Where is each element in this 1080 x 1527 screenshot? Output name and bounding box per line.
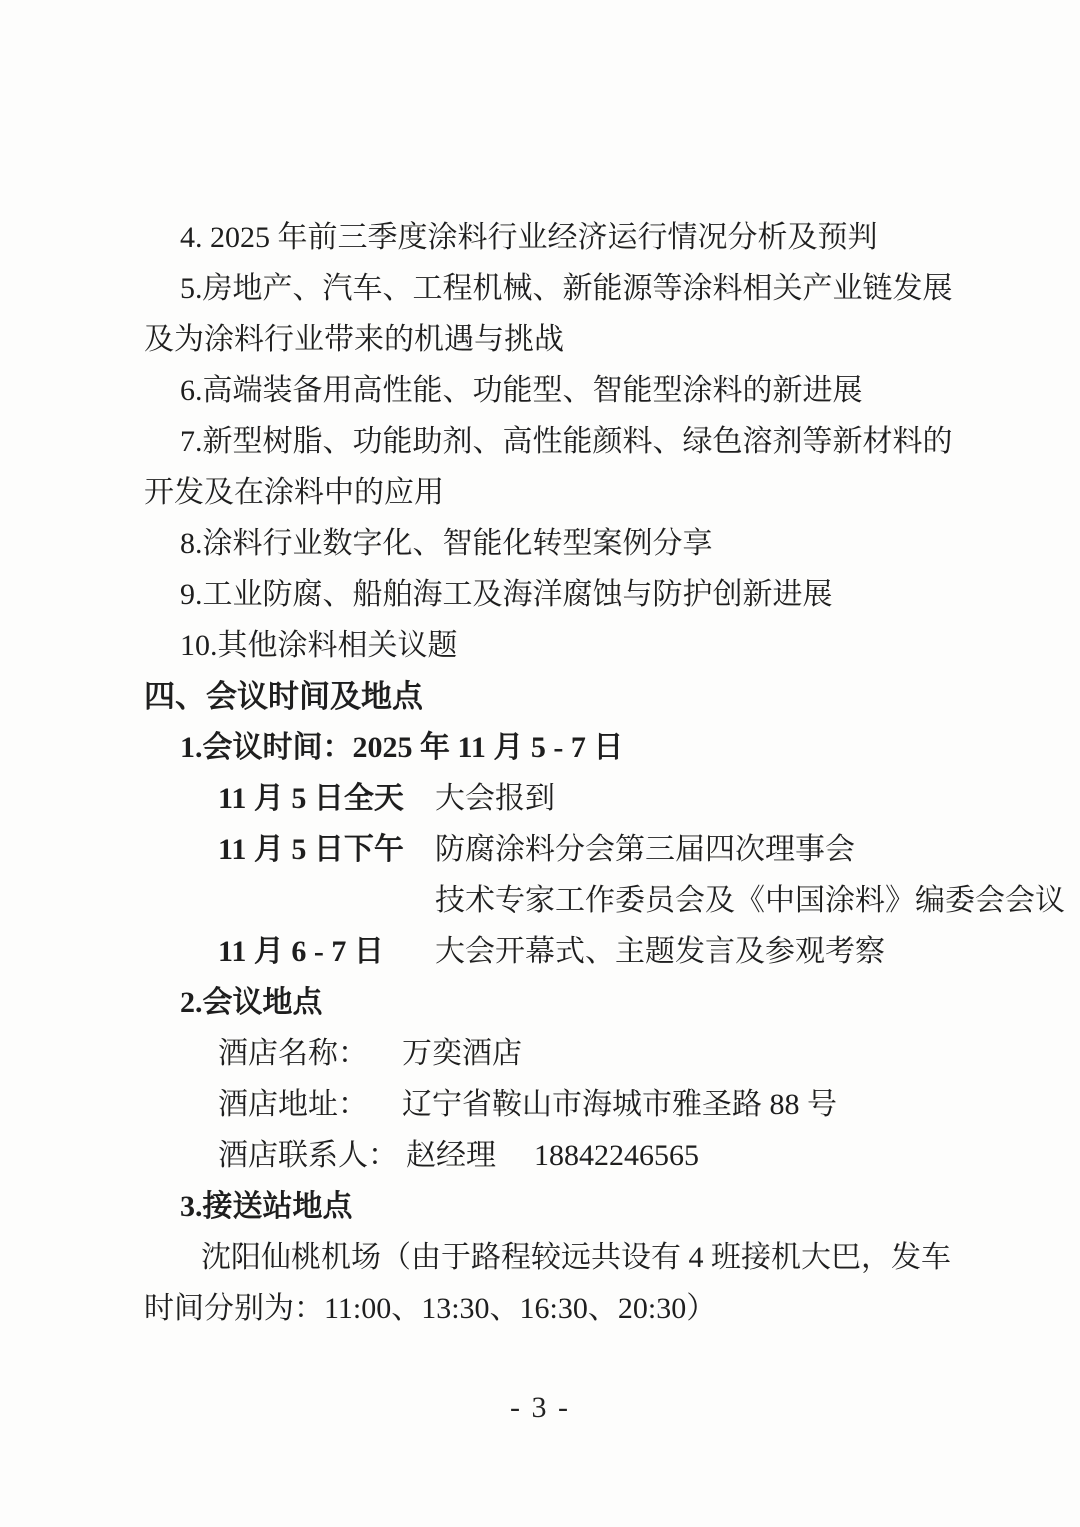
agenda-item-5-line2: 及为涂料行业带来的机遇与挑战 <box>144 314 1014 365</box>
hotel-name-value: 万奕酒店 <box>402 1037 522 1070</box>
schedule-row-opening-ceremony: 11 月 6 - 7 日 大会开幕式、主题发言及参观考察 <box>218 926 1014 977</box>
meeting-time-heading: 1.会议时间：2025 年 11 月 5 - 7 日 <box>144 722 1014 773</box>
hotel-contact-name: 赵经理 <box>406 1139 496 1172</box>
schedule-row-committee-meeting: 技术专家工作委员会及《中国涂料》编委会会议 <box>218 875 1014 926</box>
agenda-item-9: 9.工业防腐、船舶海工及海洋腐蚀与防护创新进展 <box>144 569 1014 620</box>
hotel-name-row: 酒店名称：万奕酒店 <box>218 1028 1014 1079</box>
schedule-desc: 技术专家工作委员会及《中国涂料》编委会会议 <box>435 875 1065 926</box>
schedule-time: 11 月 5 日下午 <box>218 824 435 875</box>
document-page: 4. 2025 年前三季度涂料行业经济运行情况分析及预判 5.房地产、汽车、工程… <box>0 0 1080 1527</box>
hotel-contact-row: 酒店联系人：赵经理18842246565 <box>218 1130 1014 1181</box>
agenda-item-5-line1: 5.房地产、汽车、工程机械、新能源等涂料相关产业链发展 <box>144 263 1014 314</box>
hotel-address-label: 酒店地址： <box>218 1088 368 1121</box>
agenda-item-8: 8.涂料行业数字化、智能化转型案例分享 <box>144 518 1014 569</box>
document-content: 4. 2025 年前三季度涂料行业经济运行情况分析及预判 5.房地产、汽车、工程… <box>144 212 1014 1334</box>
hotel-contact-label: 酒店联系人： <box>218 1139 398 1172</box>
hotel-contact-phone: 18842246565 <box>534 1139 699 1172</box>
hotel-address-value: 辽宁省鞍山市海城市雅圣路 88 号 <box>402 1088 837 1121</box>
section-heading-meeting-time-location: 四、会议时间及地点 <box>144 671 1014 722</box>
schedule-row-council-meeting: 11 月 5 日下午 防腐涂料分会第三届四次理事会 <box>218 824 1014 875</box>
hotel-name-label: 酒店名称： <box>218 1037 368 1070</box>
shuttle-line-1: 沈阳仙桃机场（由于路程较远共设有 4 班接机大巴，发车 <box>144 1232 1014 1283</box>
schedule-time: 11 月 5 日全天 <box>218 773 435 824</box>
schedule-desc: 大会报到 <box>435 773 555 824</box>
schedule-desc: 大会开幕式、主题发言及参观考察 <box>435 926 885 977</box>
agenda-item-10: 10.其他涂料相关议题 <box>144 620 1014 671</box>
agenda-item-4: 4. 2025 年前三季度涂料行业经济运行情况分析及预判 <box>144 212 1014 263</box>
agenda-item-6: 6.高端装备用高性能、功能型、智能型涂料的新进展 <box>144 365 1014 416</box>
schedule-desc: 防腐涂料分会第三届四次理事会 <box>435 824 855 875</box>
schedule-time: 11 月 6 - 7 日 <box>218 926 435 977</box>
venue-heading: 2.会议地点 <box>144 977 1014 1028</box>
hotel-address-row: 酒店地址：辽宁省鞍山市海城市雅圣路 88 号 <box>218 1079 1014 1130</box>
agenda-item-7-line1: 7.新型树脂、功能助剂、高性能颜料、绿色溶剂等新材料的 <box>144 416 1014 467</box>
agenda-item-7-line2: 开发及在涂料中的应用 <box>144 467 1014 518</box>
shuttle-heading: 3.接送站地点 <box>144 1181 1014 1232</box>
shuttle-line-2: 时间分别为：11:00、13:30、16:30、20:30） <box>144 1283 1014 1334</box>
page-number: - 3 - <box>0 1390 1080 1426</box>
schedule-time <box>218 875 435 926</box>
schedule-row-registration: 11 月 5 日全天 大会报到 <box>218 773 1014 824</box>
